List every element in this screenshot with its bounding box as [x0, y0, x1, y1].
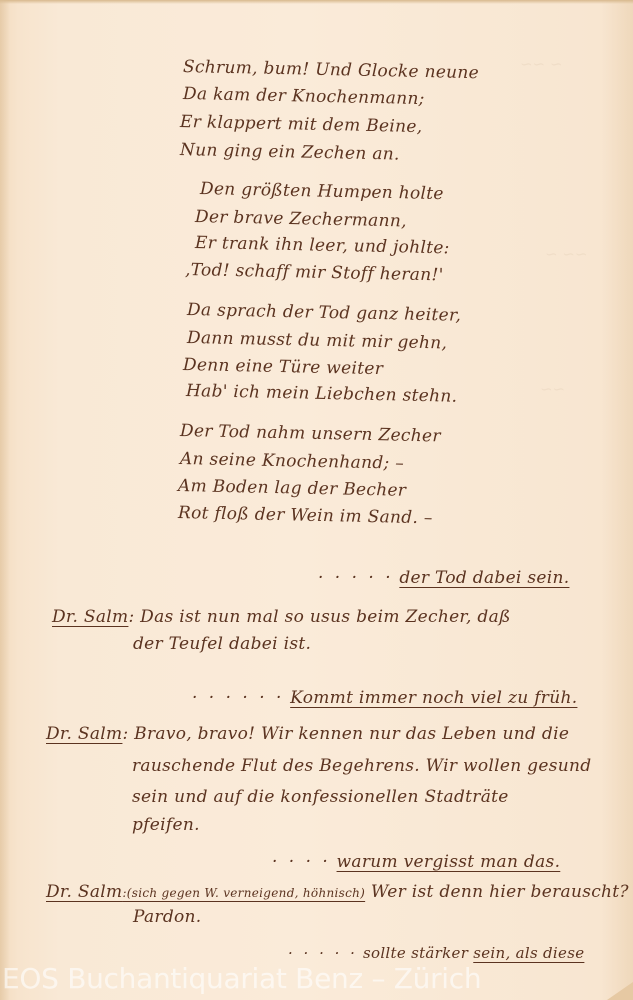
- speaker-name: Dr. Salm: [46, 724, 122, 744]
- cue-text: Kommt immer noch viel zu früh.: [290, 688, 577, 708]
- poem-line: Er klappert mit dem Beine,: [180, 112, 423, 137]
- poem-line: Dann musst du mit mir gehn,: [187, 328, 448, 353]
- poem-line: Schrum, bum! Und Glocke neune: [183, 57, 479, 83]
- cue-line: · · · · · sollte stärker sein, als diese: [288, 944, 584, 962]
- bleed-through-mark: ~~: [540, 380, 565, 398]
- poem-line: Den größten Humpen holte: [200, 179, 444, 204]
- dialogue-text: Wer ist denn hier berauscht?: [371, 882, 629, 902]
- stage-direction: :(sich gegen W. verneigend, höhnisch): [122, 886, 365, 900]
- bleed-through-mark: ~ ~~: [520, 55, 562, 73]
- cue-text: der Tod dabei sein.: [399, 568, 569, 588]
- cue-dots: · · · ·: [272, 852, 331, 872]
- speaker-name: Dr. Salm: [46, 882, 122, 902]
- page-binding-edge: [0, 0, 10, 1000]
- dialogue-line: der Teufel dabei ist.: [133, 634, 311, 654]
- cue-line: · · · · · · Kommt immer noch viel zu frü…: [192, 688, 577, 708]
- poem-line: Nun ging ein Zechen an.: [180, 140, 400, 165]
- dialogue-line: pfeifen.: [132, 815, 200, 835]
- cue-dots: · · · · ·: [288, 944, 358, 962]
- bleed-through-mark: ~~ ~: [545, 245, 587, 263]
- dialogue-line: Dr. Salm:(sich gegen W. verneigend, höhn…: [46, 882, 629, 902]
- cue-text-plain: sollte stärker: [363, 944, 473, 962]
- poem-line: Denn eine Türe weiter: [183, 355, 384, 379]
- poem-line: ‚Tod! schaff mir Stoff heran!': [185, 260, 444, 285]
- poem-line: Am Boden lag der Becher: [178, 476, 407, 501]
- dialogue-line: Pardon.: [133, 907, 202, 927]
- cue-text: sein, als diese: [473, 944, 584, 962]
- poem-line: Er trank ihn leer, und johlte:: [195, 233, 450, 258]
- dialogue-text: : Bravo, bravo! Wir kennen nur das Leben…: [122, 724, 569, 744]
- page-corner-fold: [607, 982, 633, 1000]
- cue-dots: · · · · ·: [318, 568, 394, 588]
- poem-line: Der brave Zechermann,: [195, 207, 407, 231]
- poem-line: Da sprach der Tod ganz heiter,: [187, 300, 462, 326]
- poem-line: Hab' ich mein Liebchen stehn.: [186, 381, 458, 407]
- cue-dots: · · · · · ·: [192, 688, 284, 708]
- speaker-name: Dr. Salm: [52, 607, 128, 627]
- dialogue-text: : Das ist nun mal so usus beim Zecher, d…: [128, 607, 510, 627]
- poem-line: An seine Knochenhand; –: [180, 449, 404, 474]
- poem-line: Der Tod nahm unsern Zecher: [180, 421, 441, 446]
- watermark: EOS Buchantiquariat Benz – Zürich: [2, 962, 481, 995]
- cue-line: · · · · · der Tod dabei sein.: [318, 568, 569, 588]
- dialogue-line: Dr. Salm: Das ist nun mal so usus beim Z…: [52, 607, 511, 627]
- poem-line: Da kam der Knochenmann;: [183, 84, 425, 109]
- poem-line: Rot floß der Wein im Sand. –: [178, 503, 433, 528]
- cue-line: · · · · warum vergisst man das.: [272, 852, 560, 872]
- dialogue-line: rauschende Flut des Begehrens. Wir wolle…: [132, 756, 591, 776]
- cue-text: warum vergisst man das.: [337, 852, 561, 872]
- dialogue-line: Dr. Salm: Bravo, bravo! Wir kennen nur d…: [46, 724, 569, 744]
- page-top-edge: [0, 0, 633, 4]
- dialogue-line: sein und auf die konfessionellen Stadträ…: [132, 787, 509, 807]
